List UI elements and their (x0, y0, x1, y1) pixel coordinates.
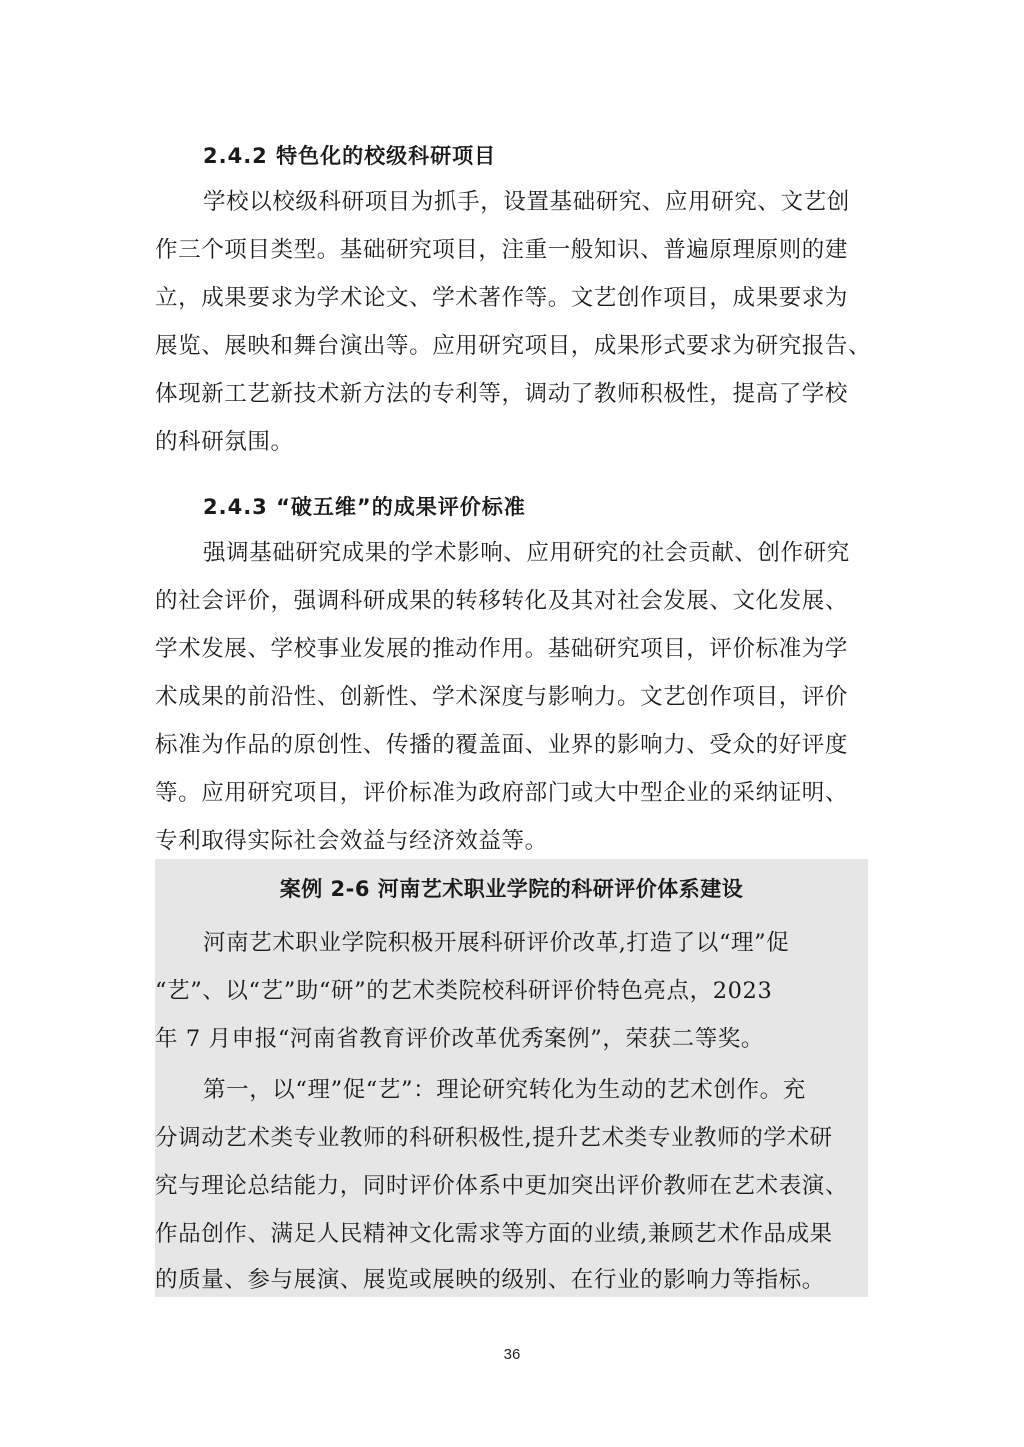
case-paragraph-line: 河南艺术职业学院积极开展科研评价改革,打造了以“理”促 (203, 928, 868, 958)
case-study-box: 案例 2-6 河南艺术职业学院的科研评价体系建设 河南艺术职业学院积极开展科研评… (155, 859, 868, 1297)
paragraph-line: 体现新工艺新技术新方法的专利等，调动了教师积极性，提高了学校 (155, 379, 868, 409)
paragraph-line: 学校以校级科研项目为抓手，设置基础研究、应用研究、文艺创 (203, 187, 868, 217)
paragraph-line: 标准为作品的原创性、传播的覆盖面、业界的影响力、受众的好评度 (155, 730, 868, 760)
paragraph-line: 的社会评价，强调科研成果的转移转化及其对社会发展、文化发展、 (155, 586, 868, 616)
case-paragraph-line: “艺”、以“艺”助“研”的艺术类院校科研评价特色亮点，2023 (155, 976, 868, 1006)
case-paragraph-line: 分调动艺术类专业教师的科研积极性,提升艺术类专业教师的学术研 (155, 1123, 868, 1153)
paragraph-line: 强调基础研究成果的学术影响、应用研究的社会贡献、创作研究 (203, 538, 868, 568)
paragraph-line: 的科研氛围。 (155, 427, 868, 457)
paragraph-line: 术成果的前沿性、创新性、学术深度与影响力。文艺创作项目，评价 (155, 682, 868, 712)
case-paragraph-line: 第一，以“理”促“艺”：理论研究转化为生动的艺术创作。充 (203, 1075, 868, 1105)
case-paragraph-line: 究与理论总结能力，同时评价体系中更加突出评价教师在艺术表演、 (155, 1171, 868, 1201)
section-heading-2-4-2: 2.4.2 特色化的校级科研项目 (203, 140, 496, 170)
page-number: 36 (0, 1346, 1024, 1363)
case-paragraph-line: 的质量、参与展演、展览或展映的级别、在行业的影响力等指标。 (155, 1265, 868, 1295)
section-heading-2-4-3: 2.4.3 “破五维”的成果评价标准 (203, 491, 526, 521)
case-paragraph-line: 作品创作、满足人民精神文化需求等方面的业绩,兼顾艺术作品成果 (155, 1219, 868, 1249)
paragraph-line: 学术发展、学校事业发展的推动作用。基础研究项目，评价标准为学 (155, 634, 868, 664)
case-paragraph-line: 年 7 月申报“河南省教育评价改革优秀案例”，荣获二等奖。 (155, 1024, 868, 1054)
paragraph-line: 立，成果要求为学术论文、学术著作等。文艺创作项目，成果要求为 (155, 283, 868, 313)
paragraph-line: 作三个项目类型。基础研究项目，注重一般知识、普遍原理原则的建 (155, 235, 868, 265)
paragraph-line: 展览、展映和舞台演出等。应用研究项目，成果形式要求为研究报告、 (155, 331, 868, 361)
paragraph-line: 专利取得实际社会效益与经济效益等。 (155, 826, 868, 856)
paragraph-line: 等。应用研究项目，评价标准为政府部门或大中型企业的采纳证明、 (155, 778, 868, 808)
case-study-title: 案例 2-6 河南艺术职业学院的科研评价体系建设 (155, 873, 868, 903)
